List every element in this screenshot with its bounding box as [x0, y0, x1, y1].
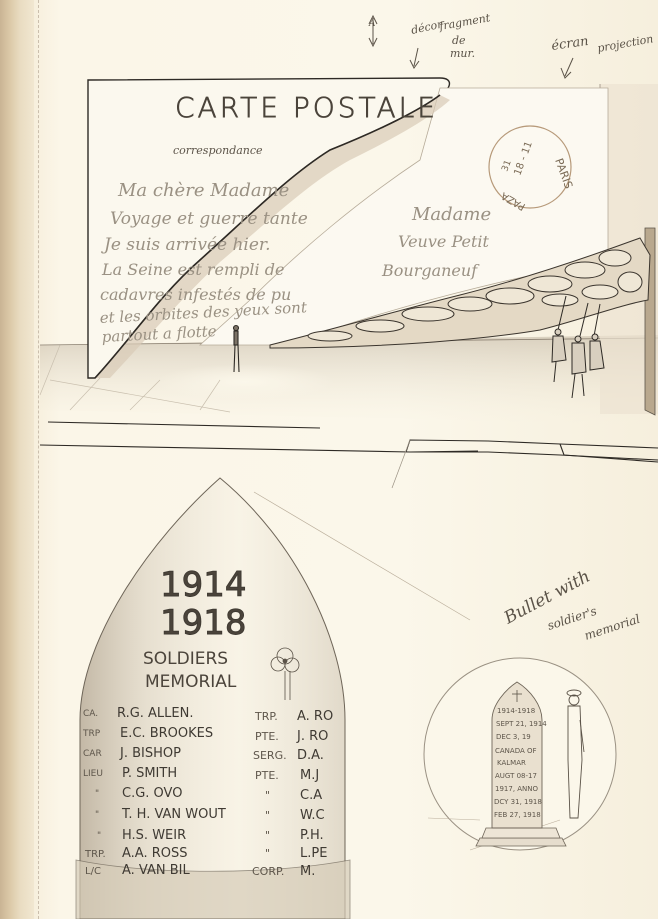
postcard-subtitle: correspondance — [173, 144, 263, 157]
screen-arrow-icon — [561, 58, 573, 78]
soldier-name: J. RO — [296, 729, 328, 744]
decor-note-3: de — [452, 34, 466, 47]
soldier-name: J. BISHOP — [119, 746, 181, 761]
postcard-title: CARTE POSTALE — [175, 91, 438, 124]
arrow-label: A — [368, 19, 376, 29]
soldier-name: A. RO — [297, 709, 333, 724]
rank: " — [265, 789, 270, 802]
decor-note-2: fragment — [437, 11, 491, 33]
inscription-line: SEPT 21, 1914 — [496, 720, 547, 728]
rank: CA. — [83, 709, 98, 719]
soldier-name: L.PE — [300, 846, 327, 861]
soldier-name: E.C. BROOKES — [120, 726, 213, 741]
soldier-name: T. H. VAN WOUT — [121, 807, 226, 822]
address-line: Madame — [411, 204, 491, 225]
rank: " — [265, 829, 270, 842]
screen-note-2: projection — [596, 32, 654, 55]
soldier-name: R.G. ALLEN. — [117, 706, 194, 721]
rank: LIEU — [83, 769, 103, 779]
soldier-name: A. VAN BIL — [122, 863, 190, 878]
screen-note-1: écran — [550, 34, 589, 54]
rank: " — [265, 809, 270, 822]
inscription-line: CANADA OF — [495, 747, 537, 755]
rank: PTE. — [255, 769, 279, 782]
rank: " — [95, 810, 99, 820]
soldier-name: D.A. — [297, 748, 324, 763]
memorial-year-start: 1914 — [160, 565, 247, 605]
rank: CAR — [83, 749, 102, 759]
decor-note-4: mur. — [450, 47, 475, 60]
memorial-year-end: 1918 — [160, 603, 247, 643]
letter-line: Je suis arrivée hier. — [101, 235, 271, 255]
address-line: Bourganeuf — [381, 261, 480, 280]
rank: SERG. — [253, 749, 287, 762]
soldier-name: C.A — [300, 788, 322, 803]
rank: TRP — [82, 729, 101, 739]
soldier-name: W.C — [300, 808, 325, 823]
inscription-line: 1914-1918 — [497, 707, 535, 715]
inscription-line: FEB 27, 1918 — [494, 811, 541, 819]
soldier-name: M.J — [300, 768, 319, 783]
bullet-memorial: 1914 1918 SOLDIERS MEMORIAL CA. R.G. ALL… — [76, 478, 470, 919]
letter-line: La Seine est rempli de — [101, 260, 284, 279]
rank: CORP. — [252, 865, 284, 878]
rank: " — [95, 789, 99, 799]
rank: " — [265, 847, 270, 860]
soldier-name: A.A. ROSS — [122, 846, 188, 861]
soldier-name: P.H. — [300, 828, 324, 843]
inscription-line: 1917, ANNO — [495, 785, 539, 793]
letter-line: Voyage et guerre tante — [110, 209, 308, 229]
memorial-heading-1: SOLDIERS — [143, 649, 228, 669]
inscription-line: AUGT 08-17 — [495, 772, 537, 780]
soldier-name: M. — [300, 864, 315, 879]
decor-arrow-icon — [410, 48, 419, 68]
soldier-name: H.S. WEIR — [122, 828, 186, 843]
rank: TRP. — [254, 710, 278, 723]
top-annotations: A décor fragment de mur. écran projectio… — [368, 11, 654, 78]
letter-line: Ma chère Madame — [117, 180, 289, 201]
memorial-heading-2: MEMORIAL — [145, 672, 237, 692]
address-line: Veuve Petit — [398, 232, 490, 251]
pencil-sketch: A décor fragment de mur. écran projectio… — [0, 0, 658, 919]
rank: " — [97, 831, 101, 841]
stage-scene: CARTE POSTALE correspondance Ma chère Ma… — [40, 78, 658, 488]
inscription-line: DCY 31, 1918 — [494, 798, 542, 806]
soldier-name: P. SMITH — [122, 766, 177, 781]
inset-vignette: Bullet with soldier's memorial 1914-1918… — [424, 566, 642, 850]
rank: TRP. — [84, 849, 106, 860]
inscription-line: DEC 3, 19 — [496, 733, 531, 741]
inscription-line: KALMAR — [497, 759, 526, 767]
soldier-name: C.G. OVO — [122, 786, 182, 801]
rank: PTE. — [255, 730, 279, 743]
rank: L/C — [85, 866, 101, 877]
